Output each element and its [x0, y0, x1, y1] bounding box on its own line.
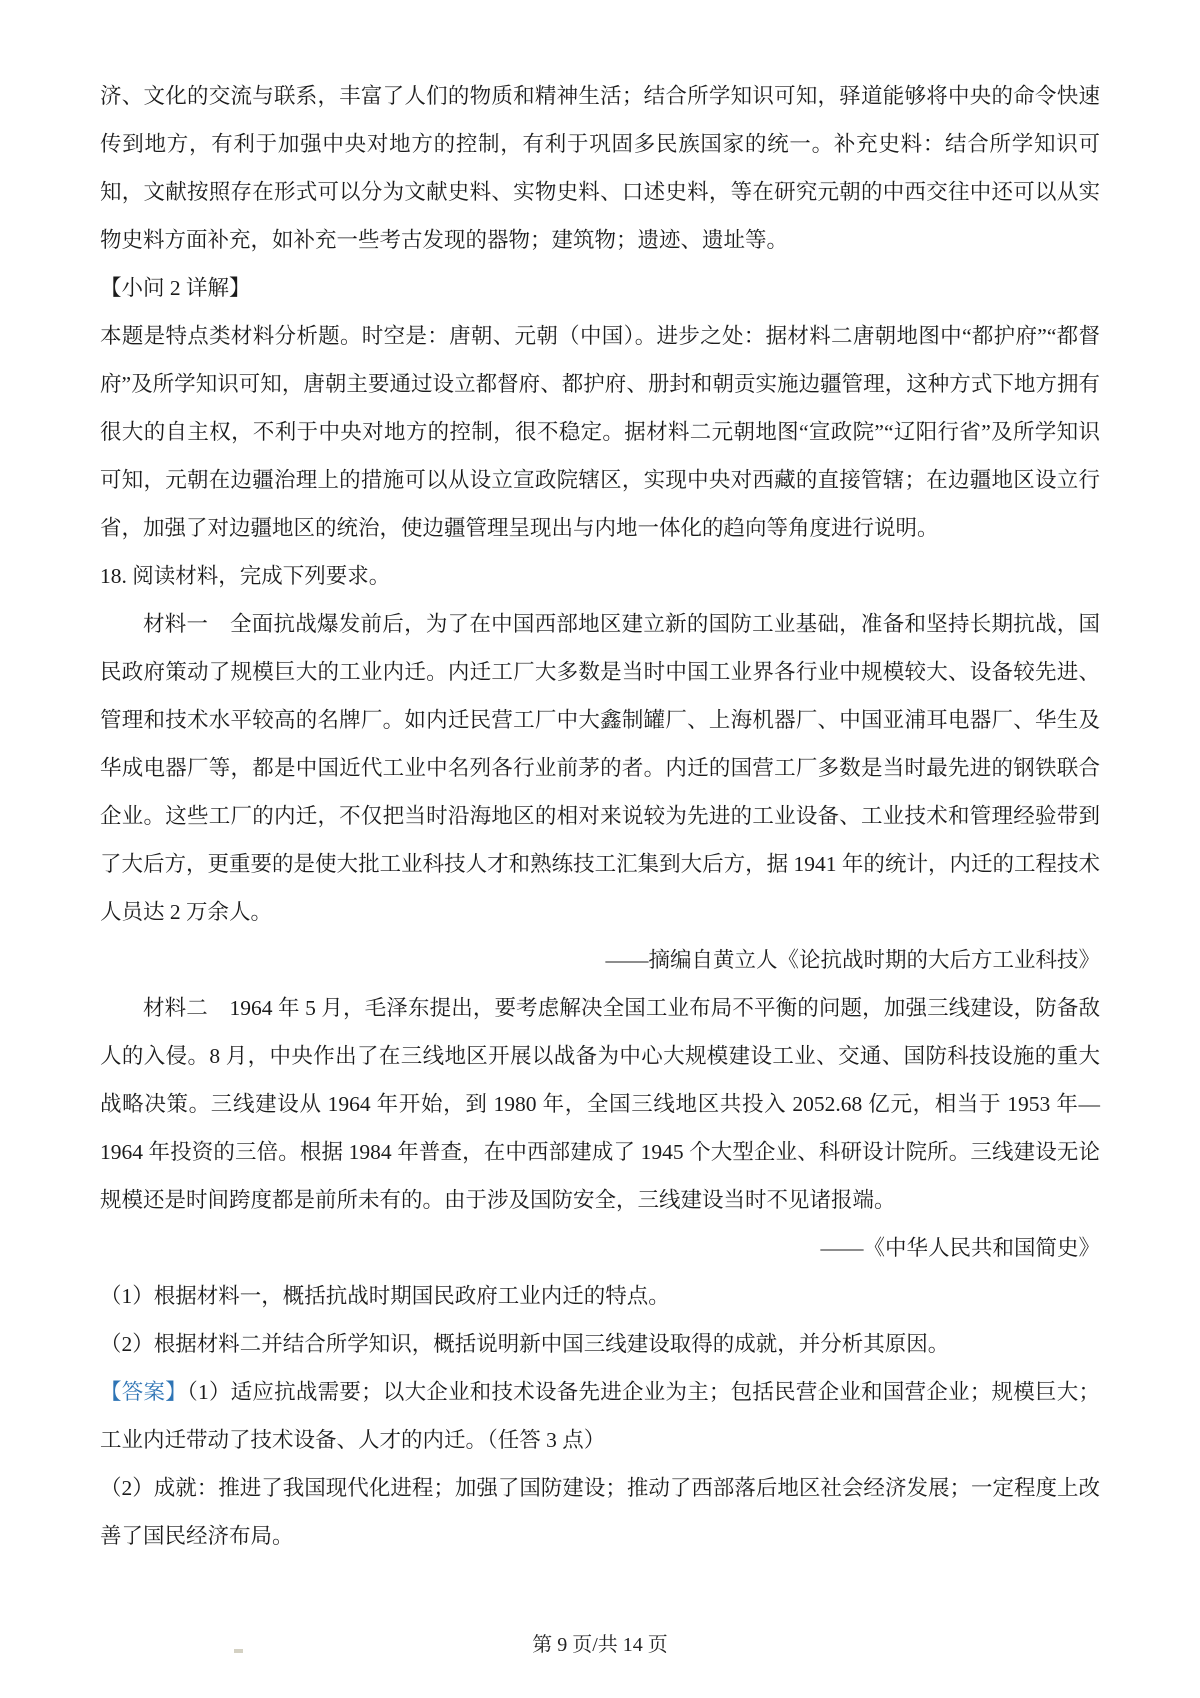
material2-paragraph: 材料二 1964 年 5 月，毛泽东提出，要考虑解决全国工业布局不平衡的问题，加…	[100, 984, 1100, 1224]
answer-paragraph-part2: （2）成就：推进了我国现代化进程；加强了国防建设；推动了西部落后地区社会经济发展…	[100, 1464, 1100, 1560]
material1-source-attribution: ——摘编自黄立人《论抗战时期的大后方工业科技》	[100, 936, 1100, 984]
subquestion2-explanation: 本题是特点类材料分析题。时空是：唐朝、元朝（中国）。进步之处：据材料二唐朝地图中…	[100, 312, 1100, 552]
question18-part2: （2）根据材料二并结合所学知识，概括说明新中国三线建设取得的成就，并分析其原因。	[100, 1320, 1100, 1368]
page-footer: 第 9 页/共 14 页	[0, 1632, 1200, 1658]
document-body: 济、文化的交流与联系，丰富了人们的物质和精神生活；结合所学知识可知，驿道能够将中…	[100, 72, 1100, 1560]
answer-part1-text: （1）适应抗战需要；以大企业和技术设备先进企业为主；包括民营企业和国营企业；规模…	[100, 1380, 1100, 1452]
paragraph-continuation: 济、文化的交流与联系，丰富了人们的物质和精神生活；结合所学知识可知，驿道能够将中…	[100, 72, 1100, 264]
question18-part1: （1）根据材料一，概括抗战时期国民政府工业内迁的特点。	[100, 1272, 1100, 1320]
answer-label: 【答案】	[100, 1380, 187, 1404]
material2-source-attribution: ——《中华人民共和国简史》	[100, 1224, 1100, 1272]
material1-paragraph: 材料一 全面抗战爆发前后，为了在中国西部地区建立新的国防工业基础，准备和坚持长期…	[100, 600, 1100, 936]
answer-paragraph-part1: 【答案】（1）适应抗战需要；以大企业和技术设备先进企业为主；包括民营企业和国营企…	[100, 1368, 1100, 1464]
question18-intro: 18. 阅读材料，完成下列要求。	[100, 552, 1100, 600]
subquestion2-heading: 【小问 2 详解】	[100, 264, 1100, 312]
